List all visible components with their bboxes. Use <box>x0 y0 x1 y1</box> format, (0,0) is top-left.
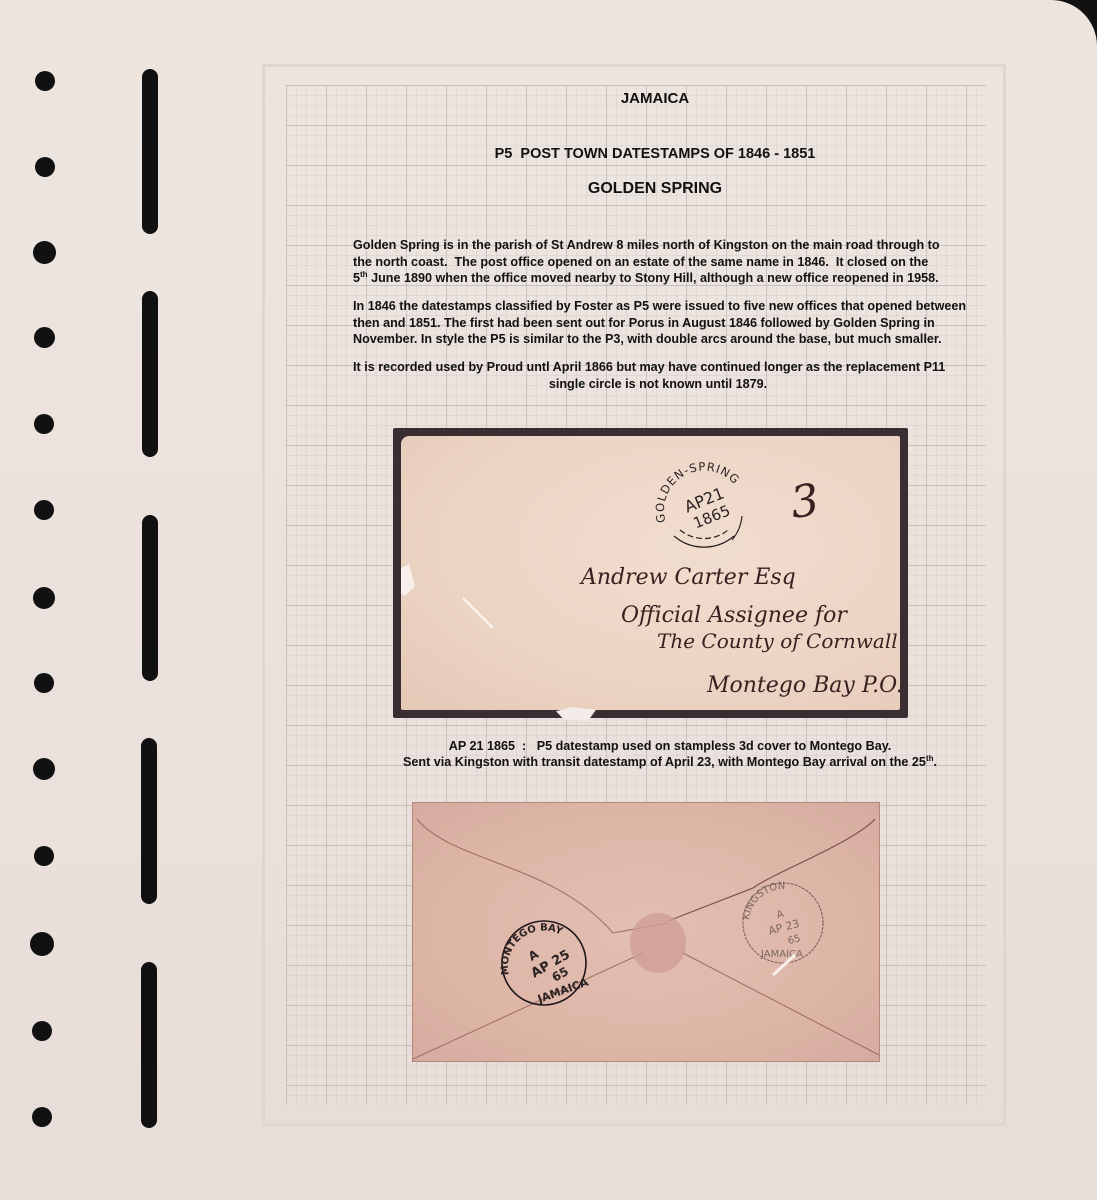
address-line-3: The County of Cornwall <box>657 629 898 653</box>
wax-seal <box>630 913 686 973</box>
binder-hole-slot <box>142 291 158 457</box>
address-line-1: Andrew Carter Esq <box>579 565 796 590</box>
series-heading: P5 POST TOWN DATESTAMPS OF 1846 - 1851 <box>280 146 1030 162</box>
rate-mark: 3 <box>787 474 822 528</box>
back-cover: MONTEGO BAY A AP 25 65 JAMAICA KINGSTON … <box>412 802 880 1062</box>
address-line-4: Montego Bay P.O. <box>706 673 900 698</box>
front-cover: GOLDEN-SPRING AP21 1865 3 Andrew Carter … <box>401 436 900 710</box>
binder-hole-slot <box>142 69 158 234</box>
back-cover-markings: MONTEGO BAY A AP 25 65 JAMAICA KINGSTON … <box>413 803 879 1061</box>
front-cover-markings: GOLDEN-SPRING AP21 1865 3 Andrew Carter … <box>401 436 900 710</box>
binder-hole-dot <box>35 157 55 177</box>
binder-hole-slot <box>141 738 157 904</box>
paragraph-line: then and 1851. The first had been sent o… <box>353 315 993 332</box>
golden-spring-datestamp: GOLDEN-SPRING AP21 1865 <box>653 459 744 547</box>
svg-text:65: 65 <box>787 933 802 947</box>
paragraph-line: Golden Spring is in the parish of St And… <box>353 237 993 254</box>
paper-tear <box>401 564 415 596</box>
binder-hole-slot <box>142 515 158 681</box>
svg-text:JAMAICA: JAMAICA <box>760 949 803 960</box>
faint-pencil-note <box>102 540 116 730</box>
paragraph-line: In 1846 the datestamps classified by Fos… <box>353 298 993 315</box>
binder-hole-dot <box>33 241 56 264</box>
paragraph-classification: In 1846 the datestamps classified by Fos… <box>353 298 993 348</box>
binder-hole-dot <box>35 71 55 91</box>
svg-text:A: A <box>776 909 786 921</box>
binder-hole-dot <box>32 1107 52 1127</box>
paragraph-line: the north coast. The post office opened … <box>353 254 993 271</box>
binder-hole-dot <box>34 846 54 866</box>
paragraph-history: Golden Spring is in the parish of St And… <box>353 237 993 287</box>
svg-text:A: A <box>526 947 542 964</box>
binder-hole-dot <box>33 587 55 609</box>
address-line-2: Official Assignee for <box>621 603 848 628</box>
montego-bay-arrival-stamp: MONTEGO BAY A AP 25 65 JAMAICA <box>500 921 591 1006</box>
binder-hole-slot <box>141 962 157 1128</box>
binder-hole-dot <box>33 758 55 780</box>
town-heading: GOLDEN SPRING <box>280 180 1030 198</box>
binder-hole-dot <box>34 414 54 434</box>
cover-caption: AP 21 1865 : P5 datestamp used on stampl… <box>360 738 980 770</box>
country-heading: JAMAICA <box>280 90 1030 107</box>
paragraph-line: 5th June 1890 when the office moved near… <box>353 270 993 287</box>
paragraph-line: It is recorded used by Proud untl April … <box>353 359 993 376</box>
kingston-transit-stamp: KINGSTON A AP 23 65 JAMAICA <box>741 881 823 963</box>
binder-hole-dot <box>30 932 54 956</box>
binder-hole-dot <box>34 327 55 348</box>
binder-hole-dot <box>34 500 54 520</box>
binder-hole-dot <box>32 1021 52 1041</box>
paragraph-line: single circle is not known until 1879. <box>353 376 993 393</box>
caption-line: Sent via Kingston with transit datestamp… <box>360 754 980 770</box>
caption-line: AP 21 1865 : P5 datestamp used on stampl… <box>360 738 980 754</box>
binder-hole-dot <box>34 673 54 693</box>
paragraph-usage: It is recorded used by Proud untl April … <box>353 359 993 392</box>
paragraph-line: November. In style the P5 is similar to … <box>353 331 993 348</box>
